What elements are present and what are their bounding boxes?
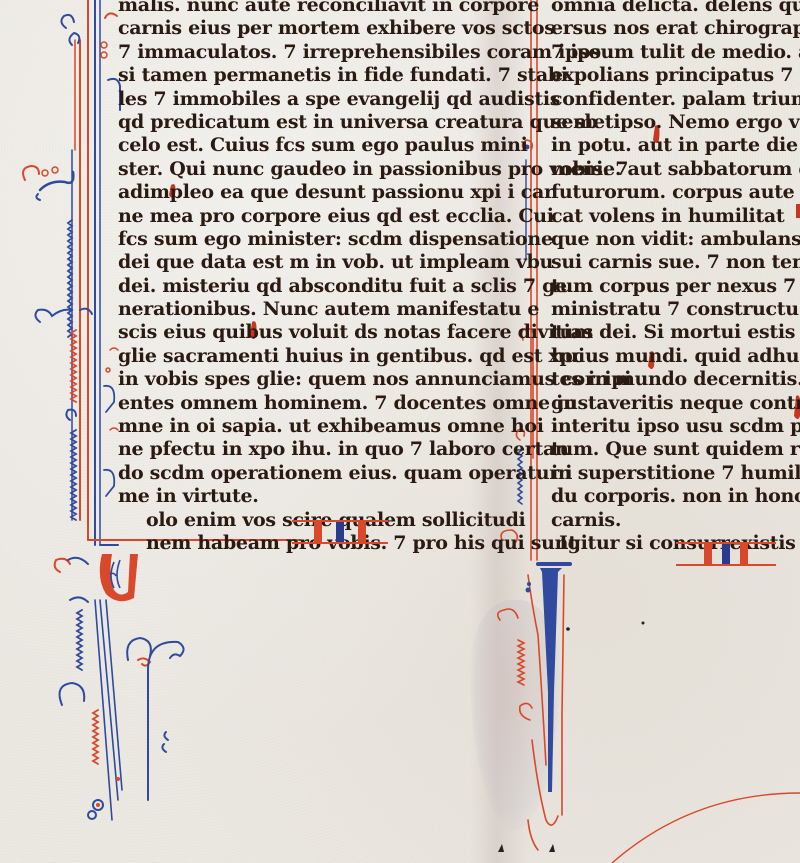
text-line: huius mundi. quid adhu [551, 345, 800, 368]
text-line: entes omnem hominem. 7 docentes omne in [118, 392, 518, 415]
text-line: in potu. aut in parte die [551, 134, 800, 157]
marker-bar-red [740, 544, 748, 564]
text-line: nerationibus. Nunc autem manifestatu e [118, 298, 518, 321]
text-line: tum corpus per nexus 7 co [551, 275, 800, 298]
chapter-marker-iii [676, 542, 776, 566]
text-line: adimpleo ea que desunt passionu xpi i ca… [118, 181, 518, 204]
left-text-column: malis. nunc aute reconciliavit in corpor… [118, 0, 518, 555]
text-line: me in virtute. [118, 485, 518, 508]
text-line: 7 immaculatos. 7 irreprehensibiles coram… [118, 41, 518, 64]
text-line: semetipso. Nemo ergo vos iu [551, 111, 800, 134]
red-guide-curve [612, 793, 800, 863]
text-line: dei que data est m in vob. ut impleam vb… [118, 251, 518, 274]
text-line: glie sacramenti huius in gentibus. qd es… [118, 345, 518, 368]
text-line: scis eius quibus voluit ds notas facere … [118, 321, 518, 344]
marker-bar-red [314, 522, 322, 542]
text-line: tum dei. Si mortui estis c [551, 321, 800, 344]
text-line: interitu ipso usu scdm precepta [551, 415, 800, 438]
text-line: dei. misteriu qd absconditu fuit a sclis… [118, 275, 518, 298]
text-line: carnis eius per mortem exhibere vos scto… [118, 17, 518, 40]
text-line: tes in mundo decernitis. [551, 368, 800, 391]
text-line: mne in oi sapia. ut exhibeamus omne hoi [118, 415, 518, 438]
text-line: si tamen permanetis in fide fundati. 7 s… [118, 64, 518, 87]
text-line: du corporis. non in honore ali [551, 485, 800, 508]
text-line: cat volens in humilitat [551, 205, 800, 228]
text-line: carnis. [551, 509, 800, 532]
text-line: ne pfectu in xpo ihu. in quo 7 laboro ce… [118, 438, 518, 461]
text-line: gustaveritis neque contrecte [551, 392, 800, 415]
text-line: ster. Qui nunc gaudeo in passionibus pro… [118, 158, 518, 181]
text-line: in vobis spes glie: quem nos annunciamus… [118, 368, 518, 391]
text-line: in superstitione 7 humilita [551, 462, 800, 485]
text-line: menie. aut sabbatorum quo [551, 158, 800, 181]
decorated-initial-u [96, 548, 142, 604]
text-line: 7 ipsum tulit de medio. affig [551, 41, 800, 64]
chapter-marker-ii [292, 520, 388, 544]
text-line: celo est. Cuius fcs sum ego paulus mini [118, 134, 518, 157]
text-line: do scdm operationem eius. quam operatur … [118, 462, 518, 485]
text-line: omnia delicta. delens quod adv [551, 0, 800, 17]
marker-bar-blue [722, 544, 730, 564]
text-line: expolians principatus 7 po [551, 64, 800, 87]
right-text-column: omnia delicta. delens quod adv ersus nos… [551, 0, 800, 555]
text-line: confidenter. palam triump [551, 88, 800, 111]
marker-bar-blue [336, 522, 344, 542]
text-line: futurorum. corpus aute xpi. [551, 181, 800, 204]
text-line: ersus nos erat chirographu decreti qd er… [551, 17, 800, 40]
marker-bar-red [704, 544, 712, 564]
text-line: qd predicatum est in universa creatura q… [118, 111, 518, 134]
marker-bar-red [358, 522, 366, 542]
text-line: malis. nunc aute reconciliavit in corpor… [118, 0, 518, 17]
text-line: que non vidit: ambulans fru [551, 228, 800, 251]
text-line: ne mea pro corpore eius qd est ecclia. C… [118, 205, 518, 228]
text-line: les 7 immobiles a spe evangelij qd audis… [118, 88, 518, 111]
text-line: sui carnis sue. 7 non tenen [551, 251, 800, 274]
text-line: tum. Que sunt quidem rationem [551, 438, 800, 461]
text-line: fcs sum ego minister: scdm dispensatione [118, 228, 518, 251]
text-line: ministratu 7 constructu c [551, 298, 800, 321]
